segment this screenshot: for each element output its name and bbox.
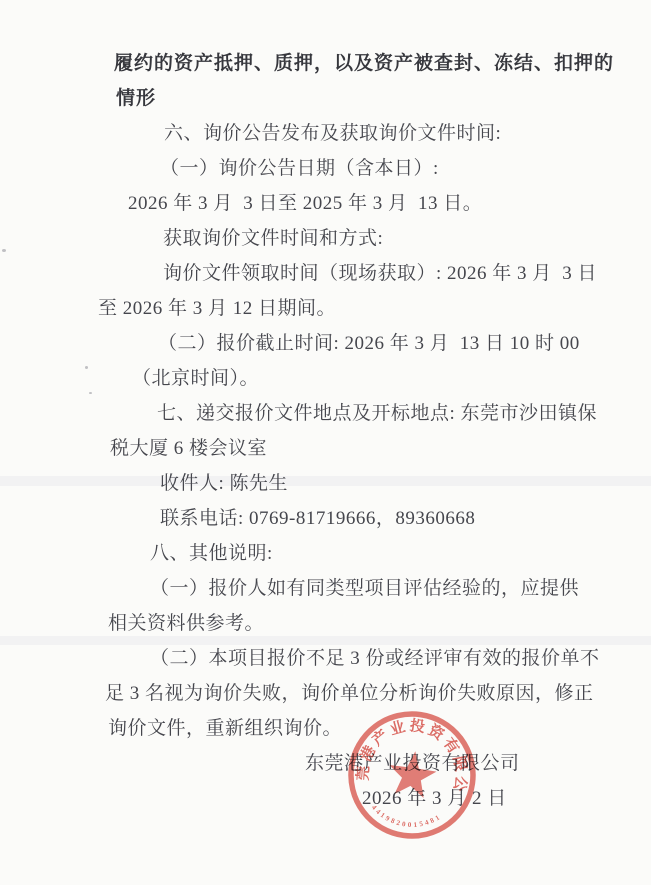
document-line: 八、其他说明: xyxy=(150,536,651,571)
document-line: 至 2026 年 3 月 12 日期间。 xyxy=(98,291,651,326)
document-line: 联系电话: 0769-81719666，89360668 xyxy=(160,501,651,536)
document-line: （二）本项目报价不足 3 份或经评审有效的报价单不 xyxy=(150,641,651,676)
document-text: 履约的资产抵押、质押，以及资产被查封、冻结、扣押的 情形 六、询价公告发布及获取… xyxy=(0,46,651,816)
document-line: 2026 年 3 月 3 日至 2025 年 3 月 13 日。 xyxy=(128,186,651,221)
document-line: （一）询价公告日期（含本日）: xyxy=(160,151,651,186)
document-line: 收件人: 陈先生 xyxy=(160,466,651,501)
document-line: （北京时间）。 xyxy=(132,361,651,396)
seal-star-icon xyxy=(385,748,438,799)
document-line: 情形 xyxy=(116,81,651,116)
document-line: 询价文件领取时间（现场获取）: 2026 年 3 月 3 日 xyxy=(163,256,651,291)
document-line: （一）报价人如有同类型项目评估经验的，应提供 xyxy=(150,571,651,606)
document-line: 履约的资产抵押、质押，以及资产被查封、冻结、扣押的 xyxy=(114,46,651,81)
document-page: 履约的资产抵押、质押，以及资产被查封、冻结、扣押的 情形 六、询价公告发布及获取… xyxy=(0,0,651,885)
company-seal: 东莞港产业投资有限公司 4419820015481 xyxy=(333,696,491,854)
document-line: （二）报价截止时间: 2026 年 3 月 13 日 10 时 00 xyxy=(158,326,651,361)
document-line: 六、询价公告发布及获取询价文件时间: xyxy=(164,116,651,151)
document-line: 相关资料供参考。 xyxy=(108,606,651,641)
document-line: 税大厦 6 楼会议室 xyxy=(110,431,651,466)
document-line: 获取询价文件时间和方式: xyxy=(163,221,651,256)
document-line: 七、递交报价文件地点及开标地点: 东莞市沙田镇保 xyxy=(157,396,651,431)
